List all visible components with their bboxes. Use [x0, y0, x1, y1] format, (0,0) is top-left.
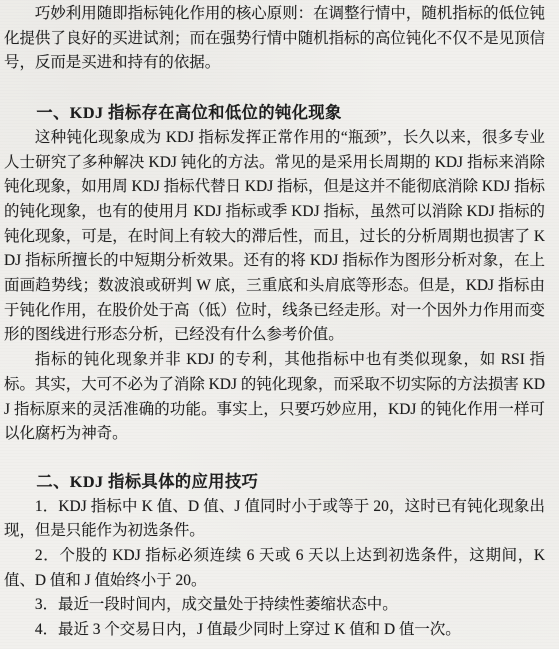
list-item-4: 4．最近 3 个交易日内，J 值最少同时上穿过 K 值和 D 值一次。 [4, 618, 545, 643]
section-1-heading: 一、KDJ 指标存在高位和低位的钝化现象 [4, 101, 545, 126]
list-item-3: 3．最近一段时间内，成交量处于持续性萎缩状态中。 [4, 593, 545, 618]
list-item-1: 1．KDJ 指标中 K 值、D 值、J 值同时小于或等于 20，这时已有钝化现象… [4, 495, 545, 544]
intro-paragraph: 巧妙利用随即指标钝化作用的核心原则：在调整行情中，随机指标的低位钝化提供了良好的… [4, 2, 545, 76]
list-item-2: 2．个股的 KDJ 指标必须连续 6 天或 6 天以上达到初选条件，这期间，K … [4, 544, 545, 593]
body-paragraph: 指标的钝化现象并非 KDJ 的专利，其他指标中也有类似现象，如 RSI 指标。其… [4, 348, 545, 447]
section-2-heading: 二、KDJ 指标具体的应用技巧 [4, 470, 545, 495]
body-paragraph: 这种钝化现象成为 KDJ 指标发挥正常作用的“瓶颈”，长久以来，很多专业人士研究… [4, 126, 545, 348]
document-page: 巧妙利用随即指标钝化作用的核心原则：在调整行情中，随机指标的低位钝化提供了良好的… [0, 0, 559, 649]
